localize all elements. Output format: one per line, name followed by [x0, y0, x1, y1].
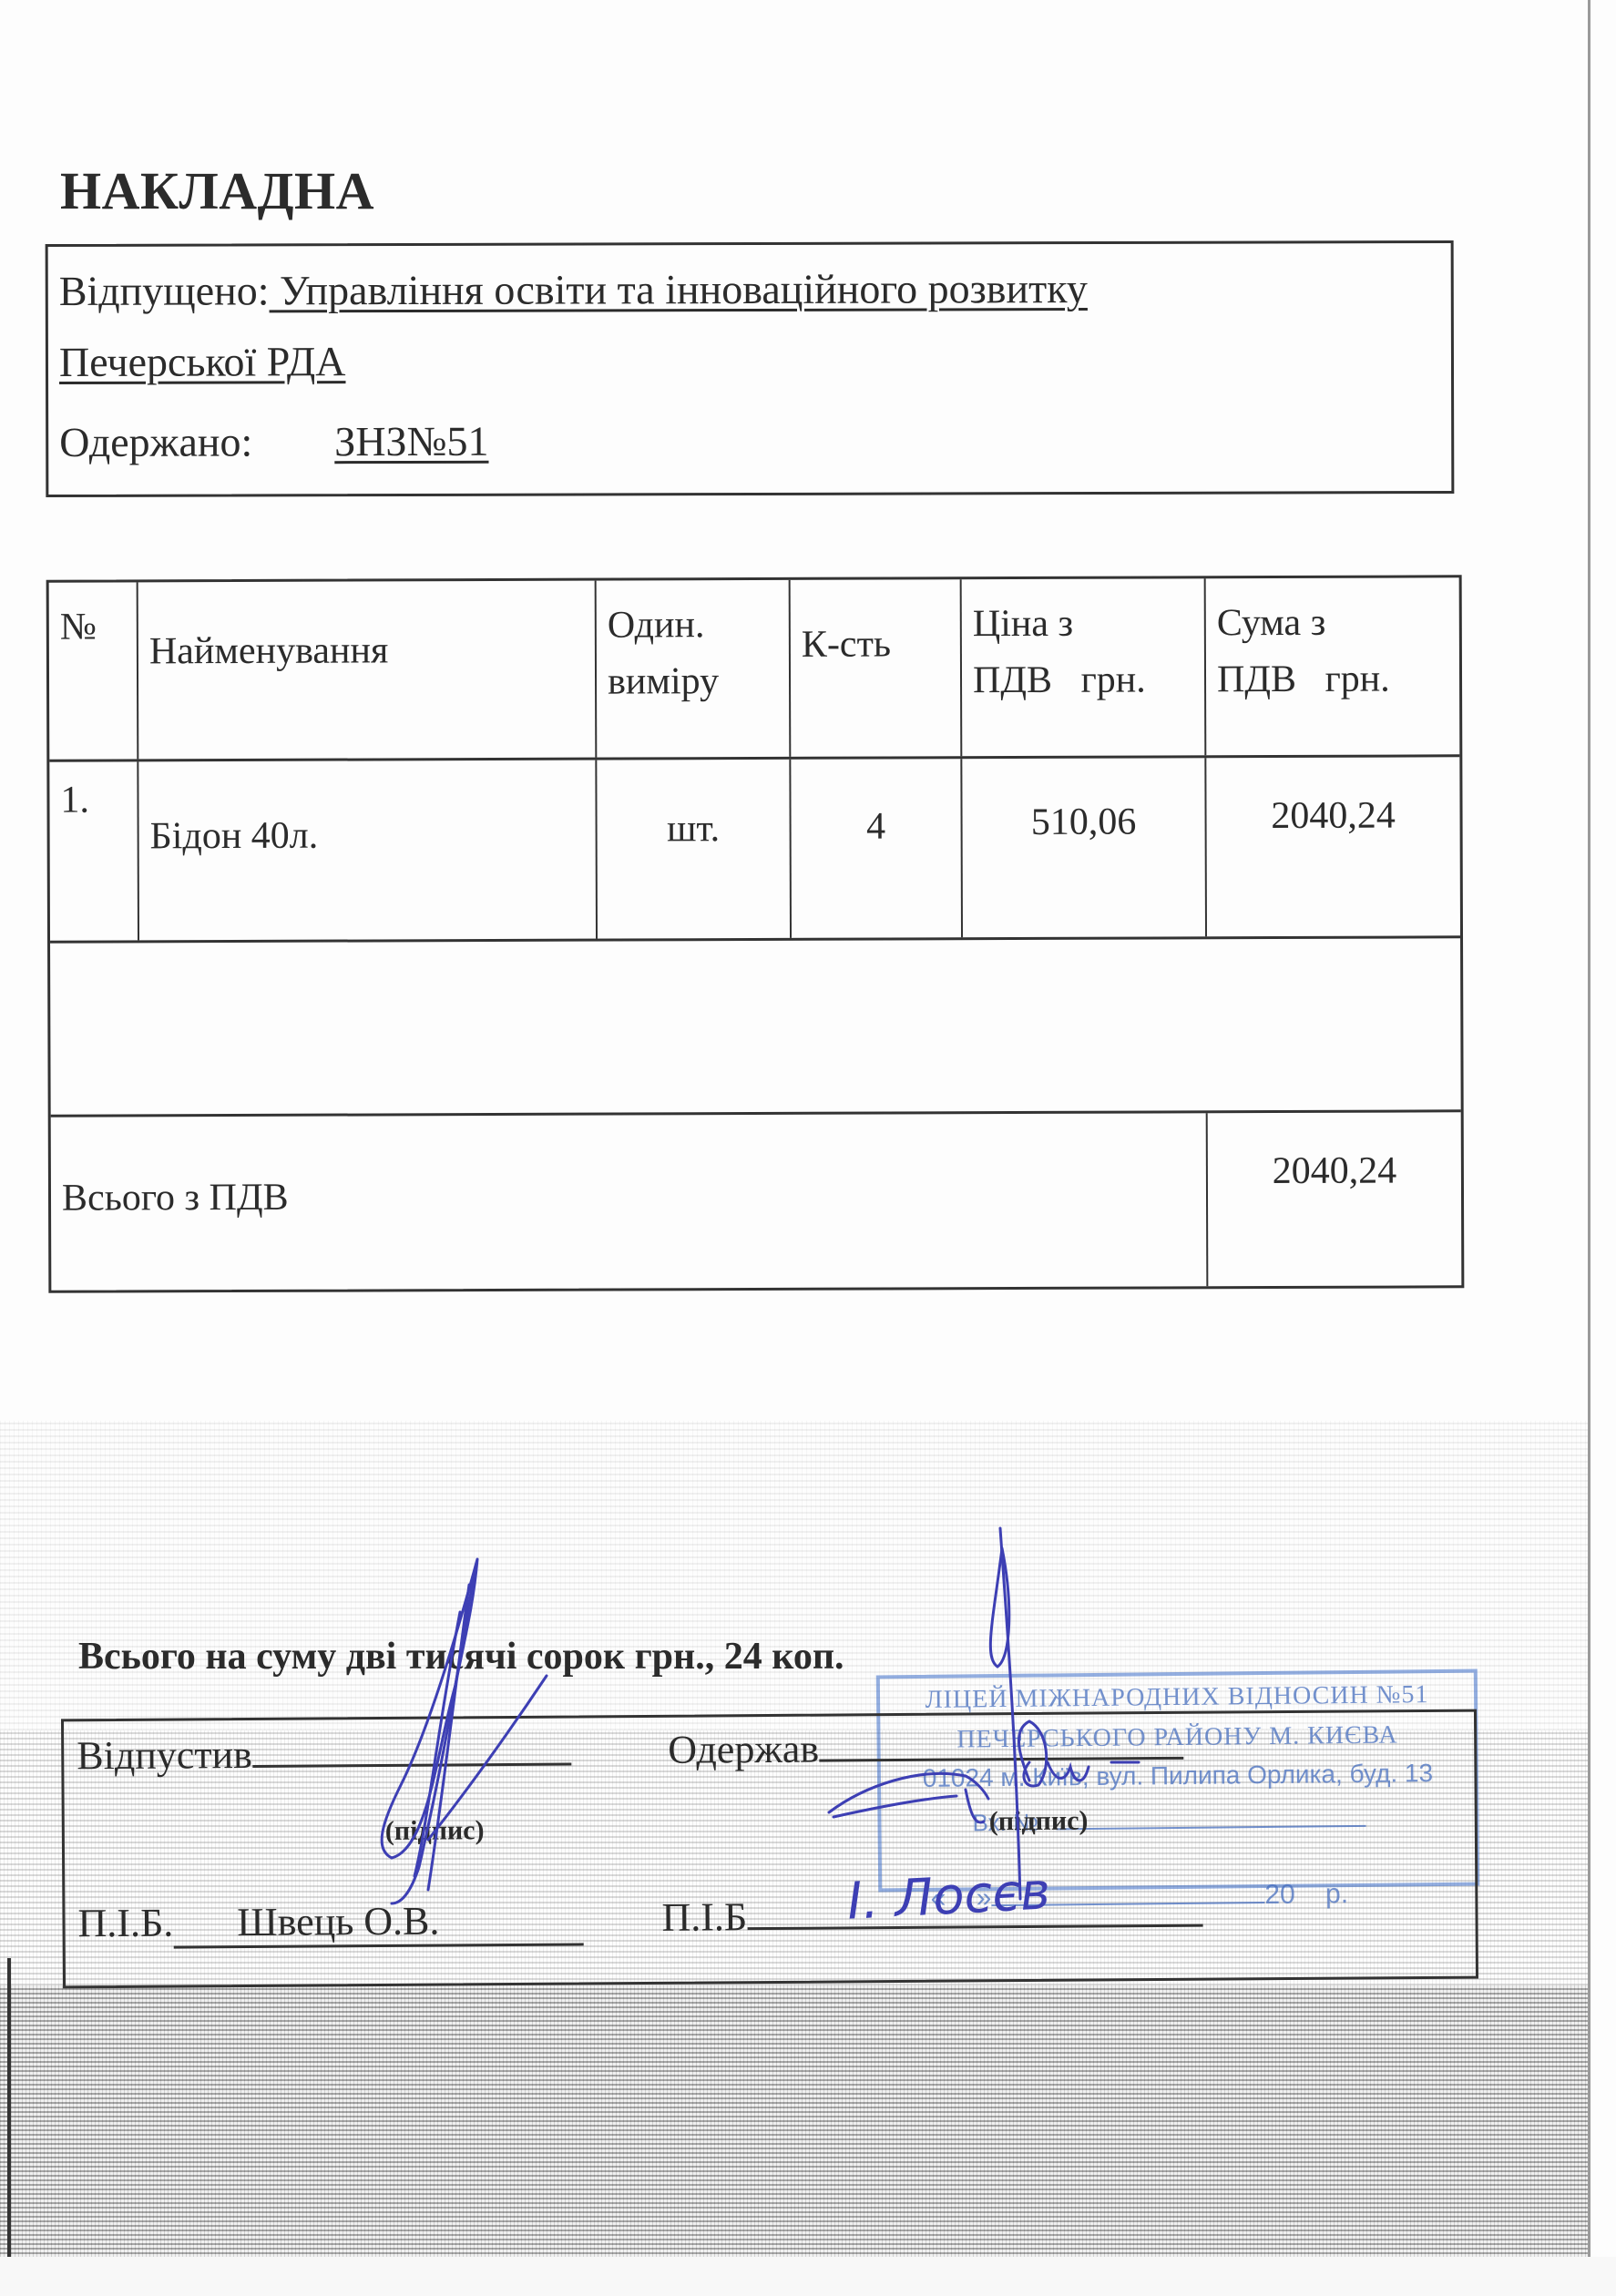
- signature-right-icon: [829, 1528, 1139, 1899]
- signature-left-icon: [382, 1559, 547, 1903]
- signature-scribbles: [0, 0, 1616, 2296]
